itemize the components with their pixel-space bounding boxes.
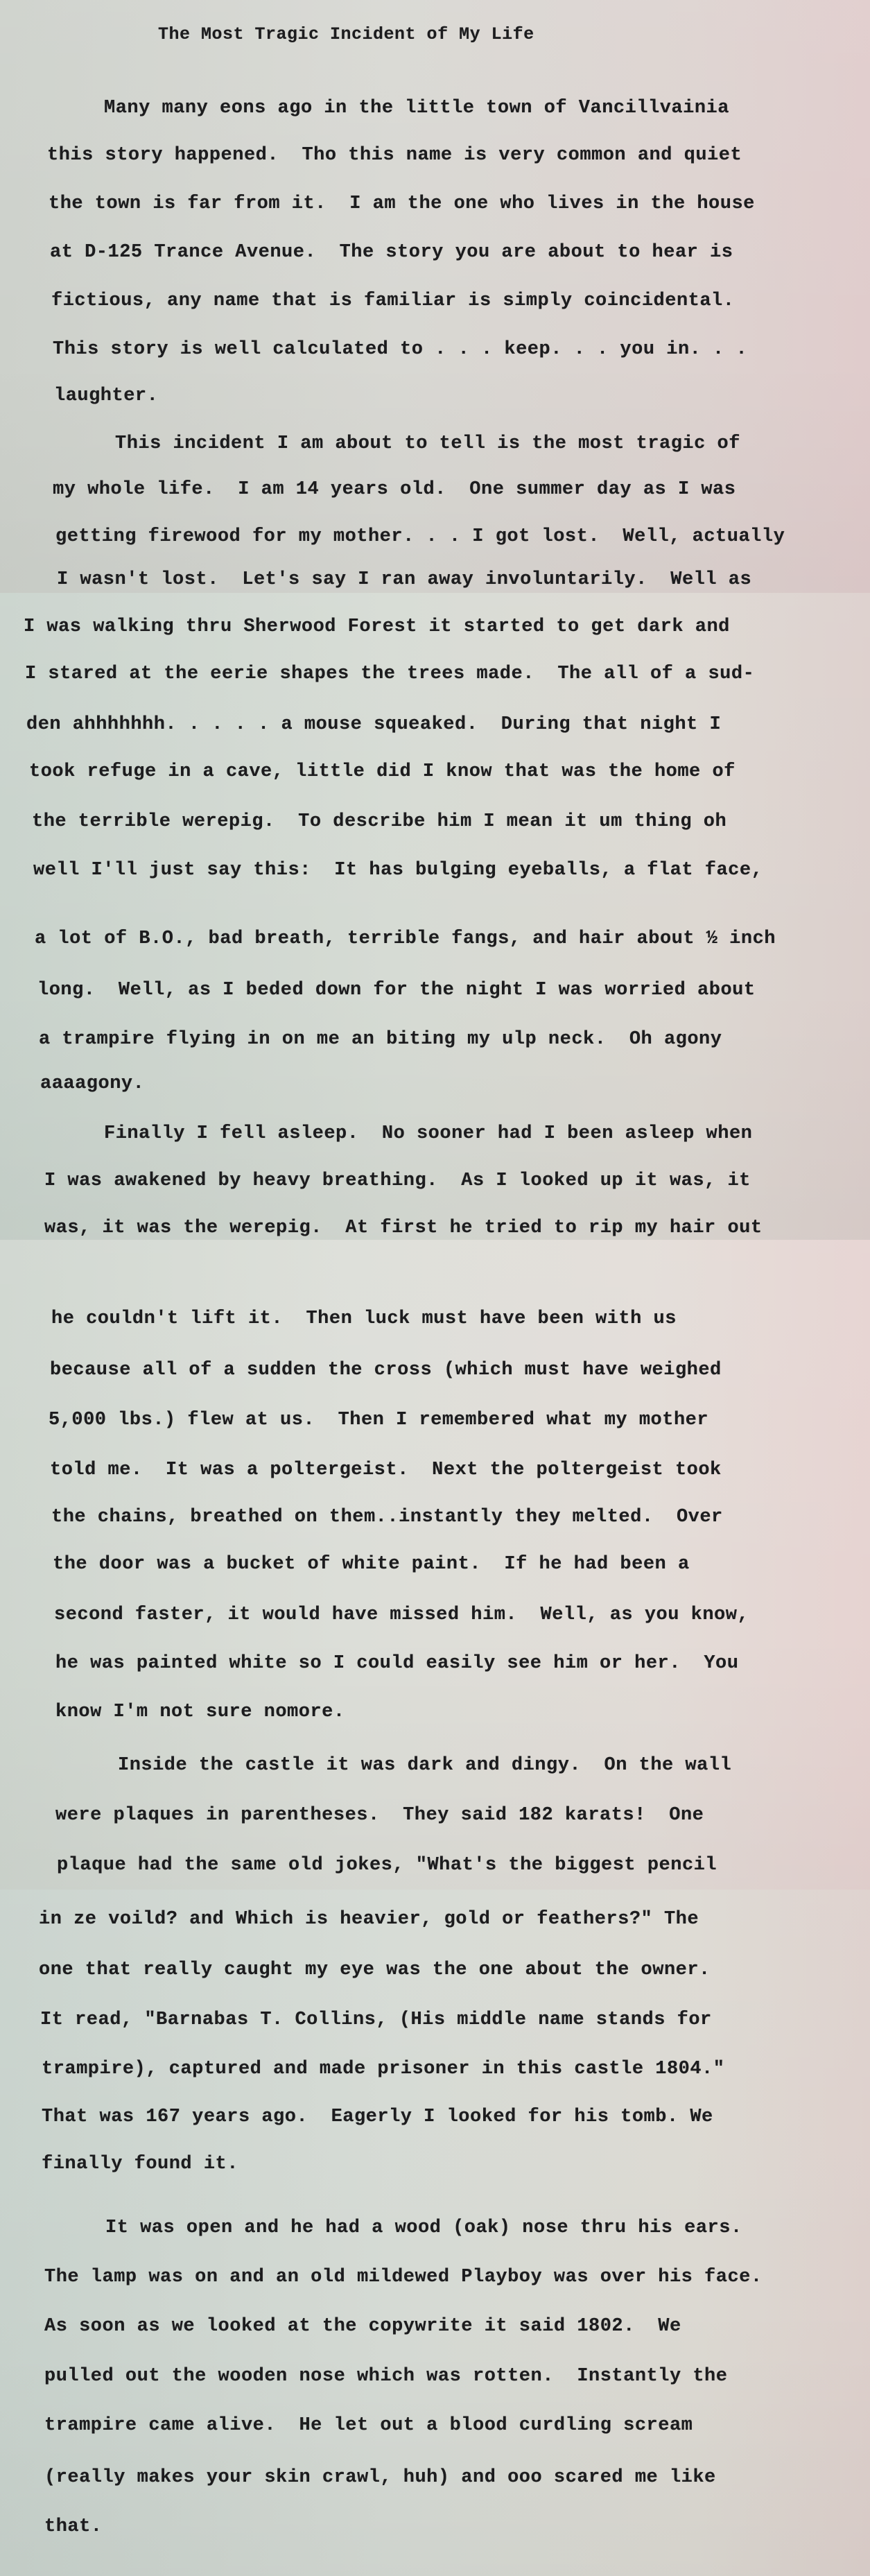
page-photo-segment-1: The Most Tragic Incident of My Life Many… [0,0,870,593]
text-line: this story happened. Tho this name is ve… [47,144,742,166]
text-line: aaaagony. [40,1073,144,1095]
text-line: trampire), captured and made prisoner in… [42,2058,724,2080]
text-line: he couldn't lift it. Then luck must have… [51,1308,677,1330]
text-line: a lot of B.O., bad breath, terrible fang… [35,928,776,950]
text-line: my whole life. I am 14 years old. One su… [53,478,736,501]
text-line: because all of a sudden the cross (which… [50,1359,722,1381]
text-line: long. Well, as I beded down for the nigh… [37,979,756,1001]
text-line: know I'm not sure nomore. [55,1701,345,1723]
text-line: I was walking thru Sherwood Forest it st… [24,616,730,638]
text-line: 5,000 lbs.) flew at us. Then I remembere… [49,1409,708,1431]
text-line: getting firewood for my mother. . . I go… [55,526,785,548]
text-line: I was awakened by heavy breathing. As I … [44,1170,751,1192]
text-line: That was 167 years ago. Eagerly I looked… [42,2106,713,2128]
text-line: at D-125 Trance Avenue. The story you ar… [50,241,733,263]
page-photo-segment-4: in ze voild? and Which is heavier, gold … [0,1890,870,2576]
text-line: second faster, it would have missed him.… [54,1604,749,1626]
text-line: This story is well calculated to . . . k… [53,338,747,361]
text-line: pulled out the wooden nose which was rot… [44,2365,727,2387]
text-line: in ze voild? and Which is heavier, gold … [39,1908,699,1930]
text-line: were plaques in parentheses. They said 1… [55,1804,704,1826]
text-line: I wasn't lost. Let's say I ran away invo… [57,569,751,591]
text-line: This incident I am about to tell is the … [115,433,740,455]
text-line: den ahhhhhhh. . . . . a mouse squeaked. … [26,714,721,736]
text-line: fictious, any name that is familiar is s… [51,290,734,312]
text-line: I stared at the eerie shapes the trees m… [25,663,754,685]
text-line: plaque had the same old jokes, "What's t… [57,1854,717,1876]
text-line: trampire came alive. He let out a blood … [44,2414,693,2437]
text-line: Inside the castle it was dark and dingy.… [118,1754,731,1777]
text-line: the town is far from it. I am the one wh… [49,193,755,215]
text-line: the door was a bucket of white paint. If… [53,1553,690,1575]
text-line: took refuge in a cave, little did I know… [29,761,736,783]
text-line: the terrible werepig. To describe him I … [32,811,727,833]
text-line: As soon as we looked at the copywrite it… [44,2315,681,2337]
text-line: well I'll just say this: It has bulging … [33,859,763,881]
text-line: the chains, breathed on them..instantly … [51,1506,723,1528]
page-photo-segment-3: he couldn't lift it. Then luck must have… [0,1240,870,1890]
text-line: The lamp was on and an old mildewed Play… [44,2266,763,2288]
text-line: finally found it. [42,2153,238,2175]
text-line: he was painted white so I could easily s… [55,1652,738,1675]
text-line: It was open and he had a wood (oak) nose… [105,2217,742,2239]
text-line: was, it was the werepig. At first he tri… [44,1217,763,1239]
text-line: Many many eons ago in the little town of… [104,97,729,119]
text-line: told me. It was a poltergeist. Next the … [50,1459,722,1481]
document-title: The Most Tragic Incident of My Life [158,24,534,46]
text-line: (really makes your skin crawl, huh) and … [44,2466,716,2489]
text-line: one that really caught my eye was the on… [39,1959,711,1981]
page-photo-segment-2: I was walking thru Sherwood Forest it st… [0,593,870,1240]
text-line: Finally I fell asleep. No sooner had I b… [104,1123,752,1145]
text-line: that. [44,2516,103,2538]
text-line: a trampire flying in on me an biting my … [39,1028,722,1051]
text-line: laughter. [54,385,158,407]
text-line: It read, "Barnabas T. Collins, (His midd… [40,2009,712,2031]
